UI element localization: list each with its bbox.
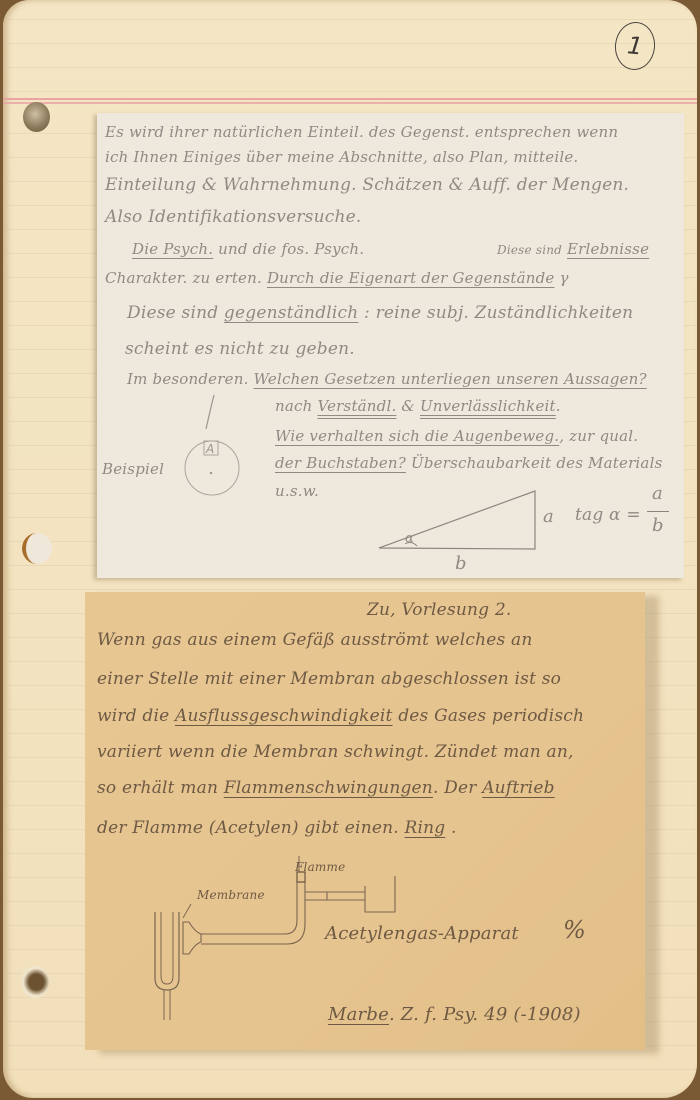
note2-line-2: einer Stelle mit einer Membran abgeschlo… bbox=[97, 669, 561, 689]
note1-besonderen-line: Im besonderen. Welchen Gesetzen unterlie… bbox=[127, 370, 647, 388]
margin-rule-top bbox=[3, 98, 697, 100]
note2-line-4: variiert wenn die Membran schwingt. Zünd… bbox=[97, 742, 574, 762]
note-card-2: Zu, Vorlesung 2. Wenn gas aus einem Gefä… bbox=[85, 592, 645, 1050]
punch-hole-bottom bbox=[21, 966, 49, 998]
triangle-side-a-label: a bbox=[543, 506, 554, 527]
note1-nach-line: nach Verständl. & Unverlässlichkeit. bbox=[275, 397, 561, 415]
formula-fraction-bar bbox=[647, 511, 669, 512]
note2-line-6: der Flamme (Acetylen) gibt einen. Ring . bbox=[97, 818, 457, 838]
note2-line-3: wird die Ausflussgeschwindigkeit des Gas… bbox=[97, 706, 584, 726]
note1-line-1: Es wird ihrer natürlichen Einteil. des G… bbox=[105, 123, 618, 141]
citation: Marbe. Z. f. Psy. 49 (-1908) bbox=[328, 1004, 581, 1025]
note2-line-1: Wenn gas aus einem Gefäß ausströmt welch… bbox=[97, 630, 533, 650]
margin-rule-bottom bbox=[3, 102, 697, 104]
note-card-1: Es wird ihrer natürlichen Einteil. des G… bbox=[97, 113, 684, 578]
note2-heading: Zu, Vorlesung 2. bbox=[367, 600, 511, 620]
note1-diese-line: Diese sind gegenständlich : reine subj. … bbox=[127, 303, 633, 323]
note1-usw-line: u.s.w. bbox=[275, 482, 319, 500]
note1-line-3: Einteilung & Wahrnehmung. Schätzen & Auf… bbox=[105, 175, 629, 195]
punch-hole-top bbox=[23, 102, 50, 132]
beispiel-label: Beispiel bbox=[102, 460, 164, 478]
note1-line-2: ich Ihnen Einiges über meine Abschnitte,… bbox=[105, 148, 578, 166]
note1-psych-right: Diese sind Erlebnisse bbox=[497, 240, 649, 258]
note2-line-5: so erhält man Flammenschwingungen. Der A… bbox=[97, 778, 555, 798]
punch-hole-middle bbox=[22, 533, 52, 564]
note1-charakter-line: Charakter. zu erten. Durch die Eigenart … bbox=[105, 269, 569, 287]
tangent-formula: tag α = bbox=[575, 505, 641, 525]
note1-psych-left: Die Psych. und die fos. Psych. bbox=[132, 240, 364, 258]
formula-numerator: a bbox=[652, 483, 663, 504]
note1-scheint-line: scheint es nicht zu geben. bbox=[125, 339, 355, 359]
note1-wie-line: Wie verhalten sich die Augenbeweg., zur … bbox=[275, 427, 638, 445]
svg-text:A: A bbox=[205, 442, 214, 456]
note1-line-4: Also Identifikationsversuche. bbox=[105, 207, 362, 227]
beispiel-circle-diagram: A bbox=[182, 435, 242, 497]
percent-mark: % bbox=[563, 916, 586, 944]
formula-denominator: b bbox=[652, 515, 664, 536]
membrane-label: Membrane bbox=[197, 888, 265, 902]
flame-label: Flamme bbox=[295, 860, 345, 874]
triangle-angle-label: α bbox=[405, 531, 414, 546]
triangle-side-b-label: b bbox=[455, 553, 467, 574]
pencil-mark bbox=[202, 393, 222, 433]
note1-buchstaben-line: der Buchstaben? Überschaubarkeit des Mat… bbox=[275, 454, 662, 472]
apparatus-label: Acetylengas-Apparat bbox=[325, 923, 519, 944]
